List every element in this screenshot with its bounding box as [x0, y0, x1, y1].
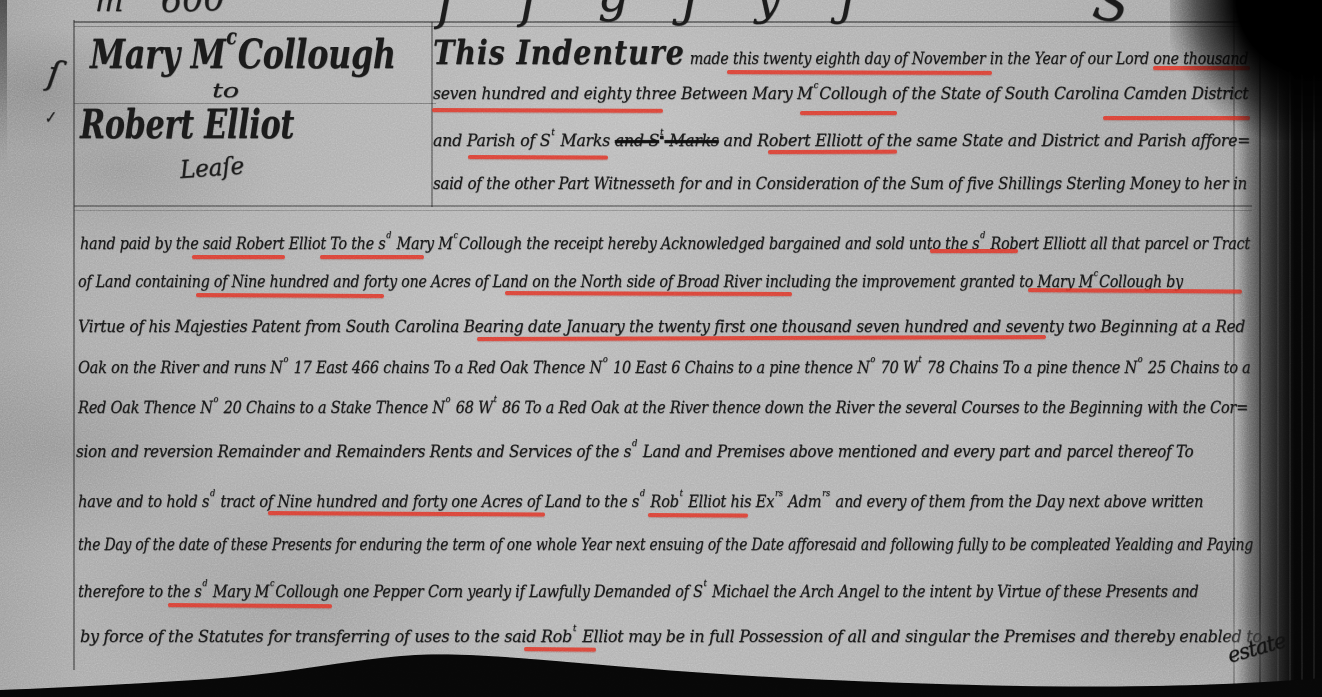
red-underline [768, 150, 897, 154]
red-underline [477, 335, 1046, 341]
red-underline [1028, 288, 1242, 293]
red-underline [268, 511, 545, 516]
red-underline [648, 513, 748, 518]
red-underline [505, 291, 792, 296]
red-underline [432, 108, 663, 113]
red-underline [168, 603, 332, 608]
red-underline [930, 249, 1018, 253]
red-underline [196, 293, 384, 298]
red-underline [1103, 116, 1250, 120]
red-underline [468, 155, 608, 159]
deed-book-scan: Mary McColloughtoRobert ElliotLeaſeThis … [0, 0, 1322, 697]
red-annotation-layer [0, 0, 1322, 697]
red-underline [1153, 66, 1250, 70]
red-underline [800, 111, 897, 115]
red-underline [320, 255, 424, 259]
red-underline [727, 70, 992, 75]
red-underline [192, 255, 285, 259]
red-underline [524, 647, 596, 652]
